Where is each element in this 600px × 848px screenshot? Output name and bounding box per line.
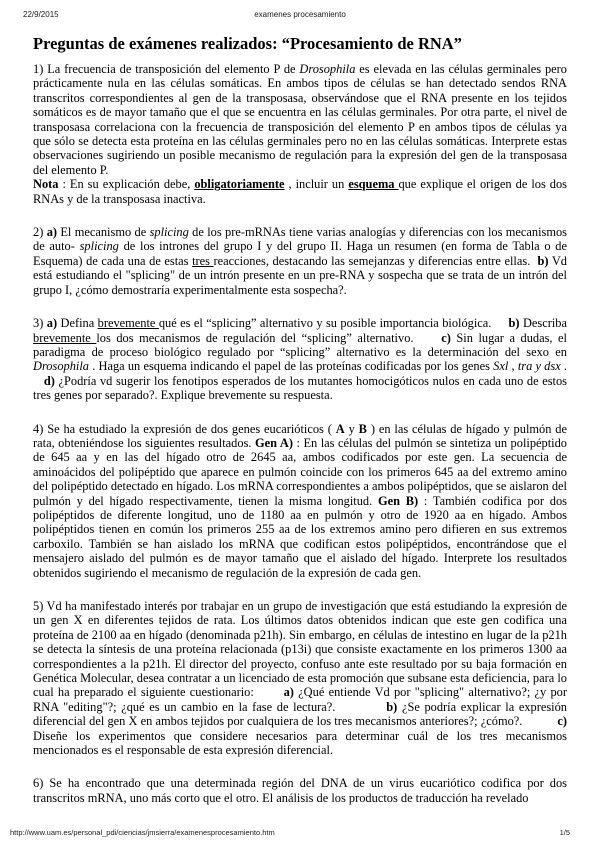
print-header: 22/9/2015 examenes procesamiento (0, 10, 600, 22)
page-title: Preguntas de exámenes realizados: “Proce… (33, 34, 567, 54)
footer-page-number: 1/5 (560, 828, 570, 837)
question-6: 6) Se ha encontrado que una determinada … (33, 776, 567, 805)
footer-url: http://www.uam.es/personal_pdi/ciencias/… (10, 828, 275, 837)
question-5: 5) Vd ha manifestado interés por trabaja… (33, 599, 567, 757)
document-page: 22/9/2015 examenes procesamiento Pregunt… (0, 0, 600, 848)
question-1-note: Nota : En su explicación debe, obligator… (33, 177, 567, 206)
question-2: 2) a) El mecanismo de splicing de los pr… (33, 225, 567, 297)
question-3: 3) a) Defina brevemente qué es el “splic… (33, 316, 567, 402)
print-doc-title: examenes procesamiento (0, 10, 600, 19)
question-4: 4) Se ha estudiado la expresión de dos g… (33, 422, 567, 580)
document-body: 1) La frecuencia de transposición del el… (33, 62, 567, 805)
question-1: 1) La frecuencia de transposición del el… (33, 62, 567, 177)
print-footer: http://www.uam.es/personal_pdi/ciencias/… (0, 828, 600, 840)
